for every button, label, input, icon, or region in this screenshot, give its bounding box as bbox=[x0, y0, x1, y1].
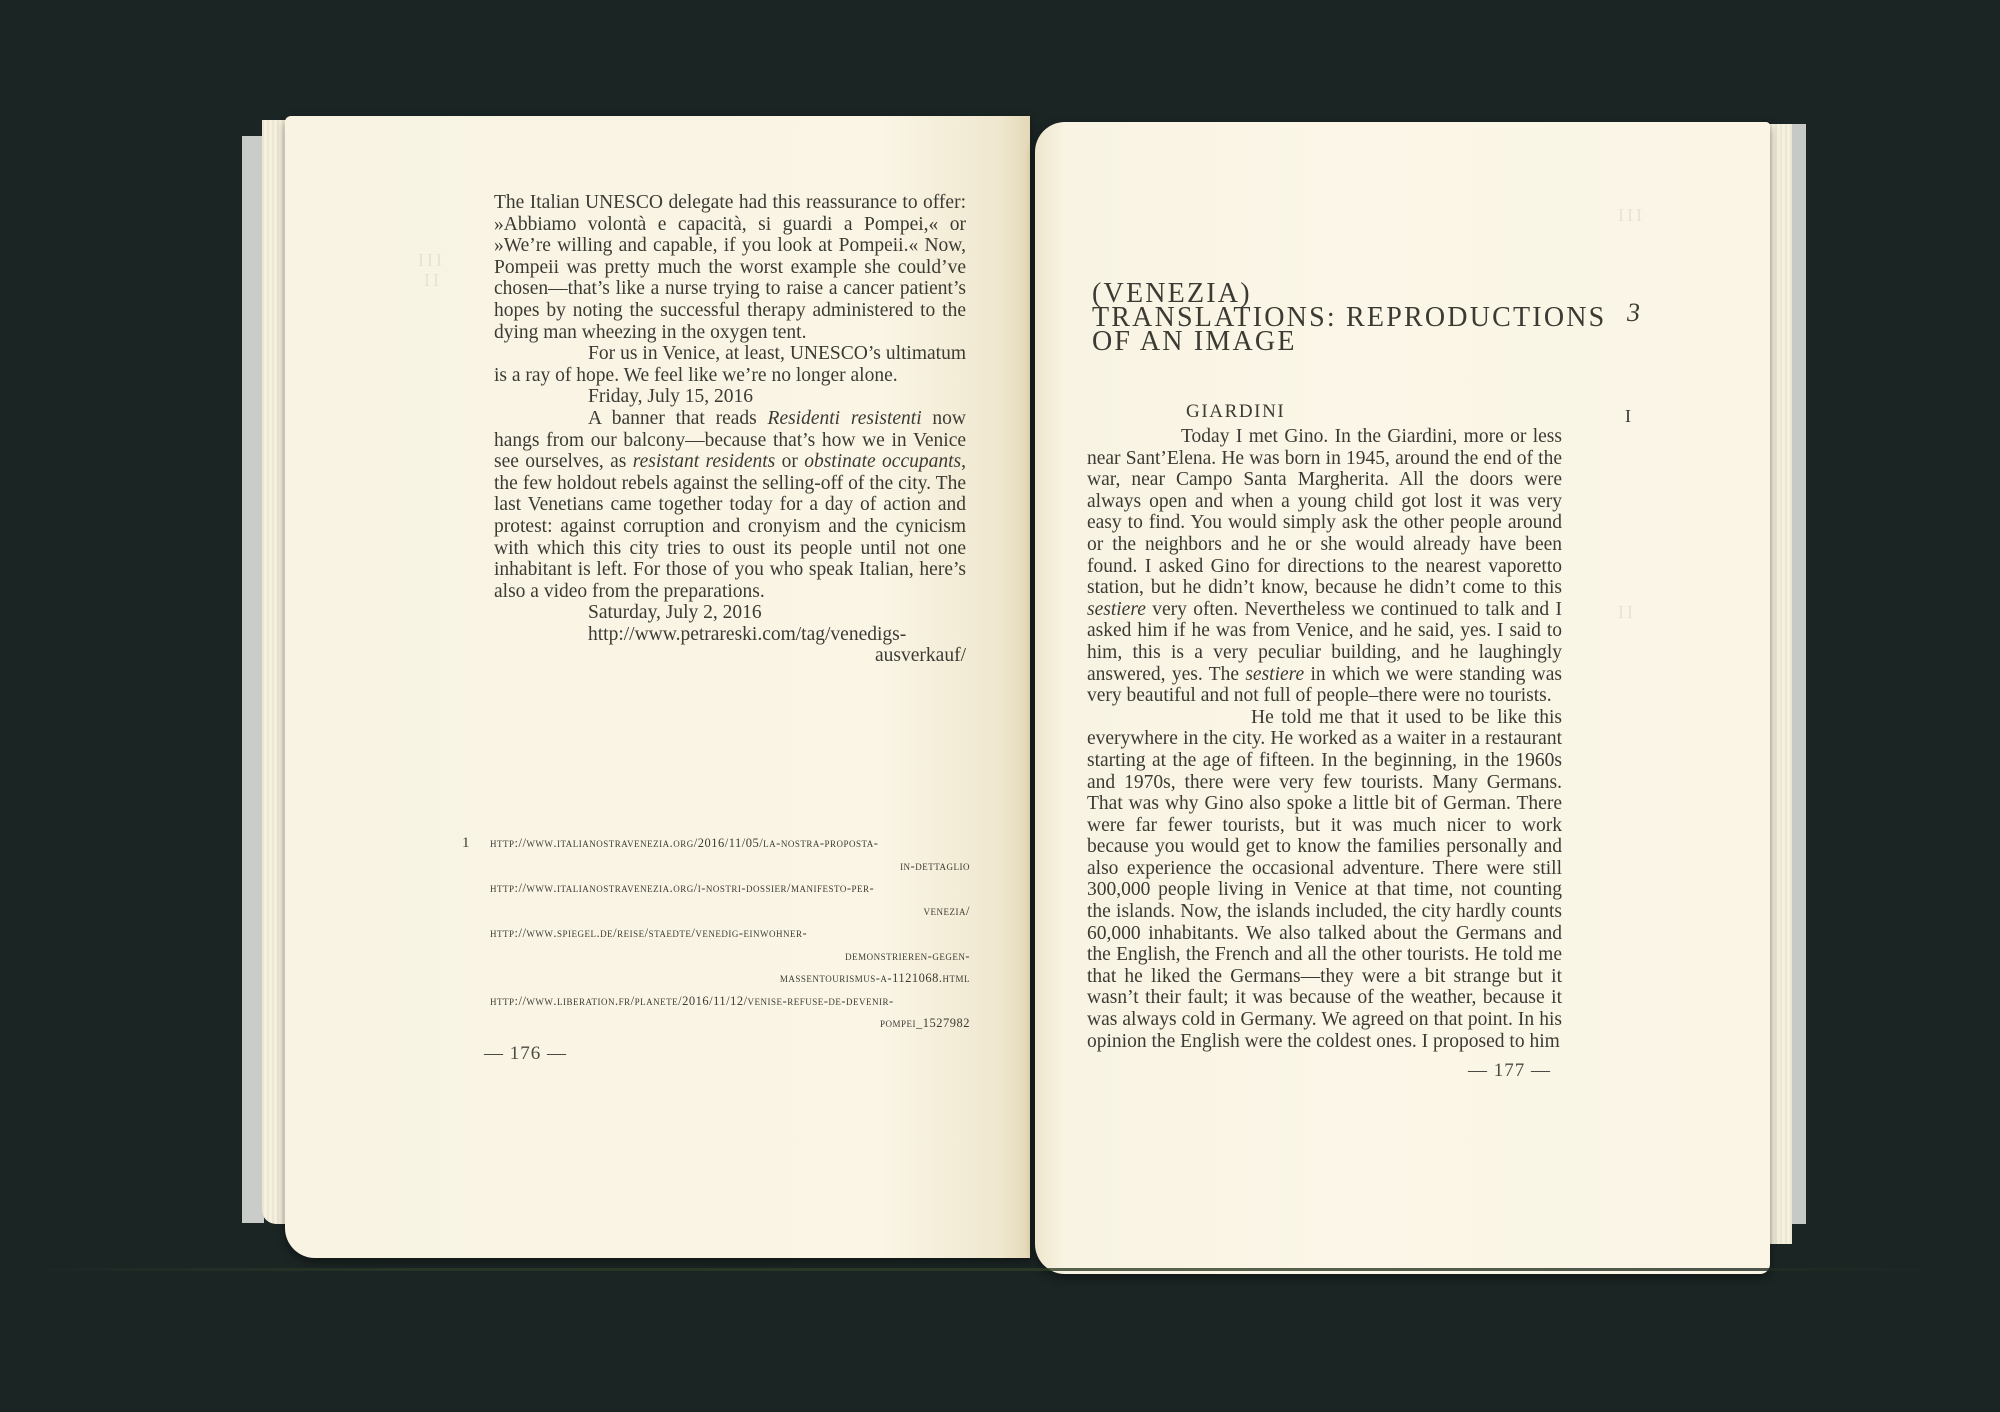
source-url: http://www.petrareski.com/tag/venedigs- bbox=[494, 624, 966, 646]
paragraph: The Italian UNESCO delegate had this rea… bbox=[494, 192, 966, 343]
section-marker: I bbox=[1625, 406, 1631, 427]
paragraph: A banner that reads Residenti resistenti… bbox=[494, 408, 966, 602]
right-page-body: Today I met Gino. In the Giardini, more … bbox=[1087, 426, 1562, 1052]
ghost-margin-mark: II bbox=[1618, 602, 1636, 623]
book-cover-edge-left bbox=[242, 136, 264, 1223]
source-url-continued: ausverkauf/ bbox=[494, 645, 966, 667]
footnote-url-cont: venezia/ bbox=[490, 900, 970, 923]
footnote-url-cont: pompei_1527982 bbox=[490, 1012, 970, 1035]
footnote-url-cont: demonstrieren-gegen- bbox=[490, 945, 970, 968]
footnote-url-cont: in-dettaglio bbox=[490, 855, 970, 878]
paragraph: For us in Venice, at least, UNESCO’s ult… bbox=[494, 343, 966, 386]
open-book bbox=[0, 0, 2000, 1412]
page-number-right: — 177 — bbox=[1468, 1060, 1551, 1082]
chapter-title: (VENEZIA) TRANSLATIONS: REPRODUCTIONS OF… bbox=[1092, 282, 1606, 354]
paragraph: Today I met Gino. In the Giardini, more … bbox=[1087, 426, 1562, 707]
footnotes: 1 http://www.italianostravenezia.org/201… bbox=[470, 832, 970, 1035]
footnote-url-cont: massentourismus-a-1121068.html bbox=[490, 967, 970, 990]
section-title: GIARDINI bbox=[1186, 401, 1285, 423]
dateline: Friday, July 15, 2016 bbox=[494, 386, 966, 408]
ghost-margin-mark: II bbox=[424, 270, 442, 291]
footnote-url: http://www.spiegel.de/reise/staedte/vene… bbox=[490, 922, 970, 945]
page-number-left: — 176 — bbox=[484, 1043, 567, 1065]
dateline: Saturday, July 2, 2016 bbox=[494, 602, 966, 624]
scan-artifact-line bbox=[0, 1268, 2000, 1271]
footnote-url: http://www.italianostravenezia.org/2016/… bbox=[490, 832, 970, 855]
ghost-margin-mark: III bbox=[1618, 205, 1645, 226]
chapter-number: 3 bbox=[1627, 298, 1640, 328]
paragraph: He told me that it used to be like this … bbox=[1087, 707, 1562, 1053]
left-page-body: The Italian UNESCO delegate had this rea… bbox=[494, 192, 966, 667]
footnote-url: http://www.liberation.fr/planete/2016/11… bbox=[490, 990, 970, 1013]
footnote-number: 1 bbox=[462, 832, 470, 855]
chapter-title-line: OF AN IMAGE bbox=[1092, 330, 1606, 354]
footnote-url: http://www.italianostravenezia.org/i-nos… bbox=[490, 877, 970, 900]
ghost-margin-mark: III bbox=[418, 250, 445, 271]
